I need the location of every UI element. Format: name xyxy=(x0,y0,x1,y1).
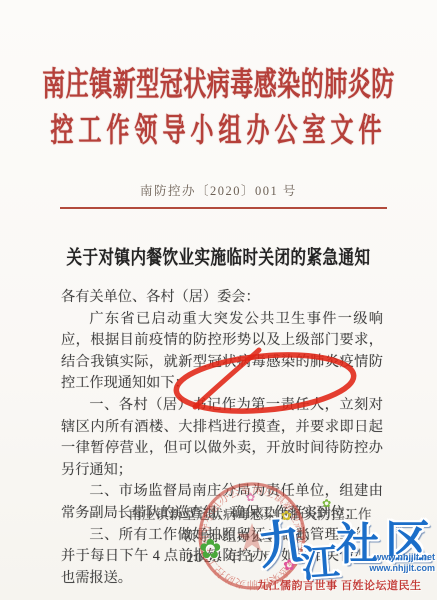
flower-icon: ✿ xyxy=(246,492,255,503)
watermark-url-com: www.nhjjlt.com xyxy=(352,563,435,574)
letterhead-rule xyxy=(60,207,387,209)
flower-icon: ✿ xyxy=(322,498,331,509)
notice-title: 关于对镇内餐饮业实施临时关闭的紧急通知 xyxy=(0,243,437,270)
letterhead-line2: 控工作领导小组办公室文件 xyxy=(0,104,437,151)
flower-icon: ✿ xyxy=(199,536,222,563)
document-number: 南防控办〔2020〕001 号 xyxy=(0,181,437,199)
salutation: 各有关单位、各村（居）委会： xyxy=(61,287,383,309)
document-photo: 南庄镇新型冠状病毒感染的肺炎防 控工作领导小组办公室文件 南防控办〔2020〕0… xyxy=(0,0,437,600)
watermark-tagline: 九江儒韵言世事 百姓论坛道民生 xyxy=(257,577,437,593)
red-emphasis-circle-annotation xyxy=(163,338,373,426)
watermark-url-net: www.nhjjlt.net xyxy=(352,552,435,563)
letterhead-line1: 南庄镇新型冠状病毒感染的肺炎防 xyxy=(0,58,437,105)
watermark-urls: www.nhjjlt.net www.nhjjlt.com xyxy=(352,552,435,574)
